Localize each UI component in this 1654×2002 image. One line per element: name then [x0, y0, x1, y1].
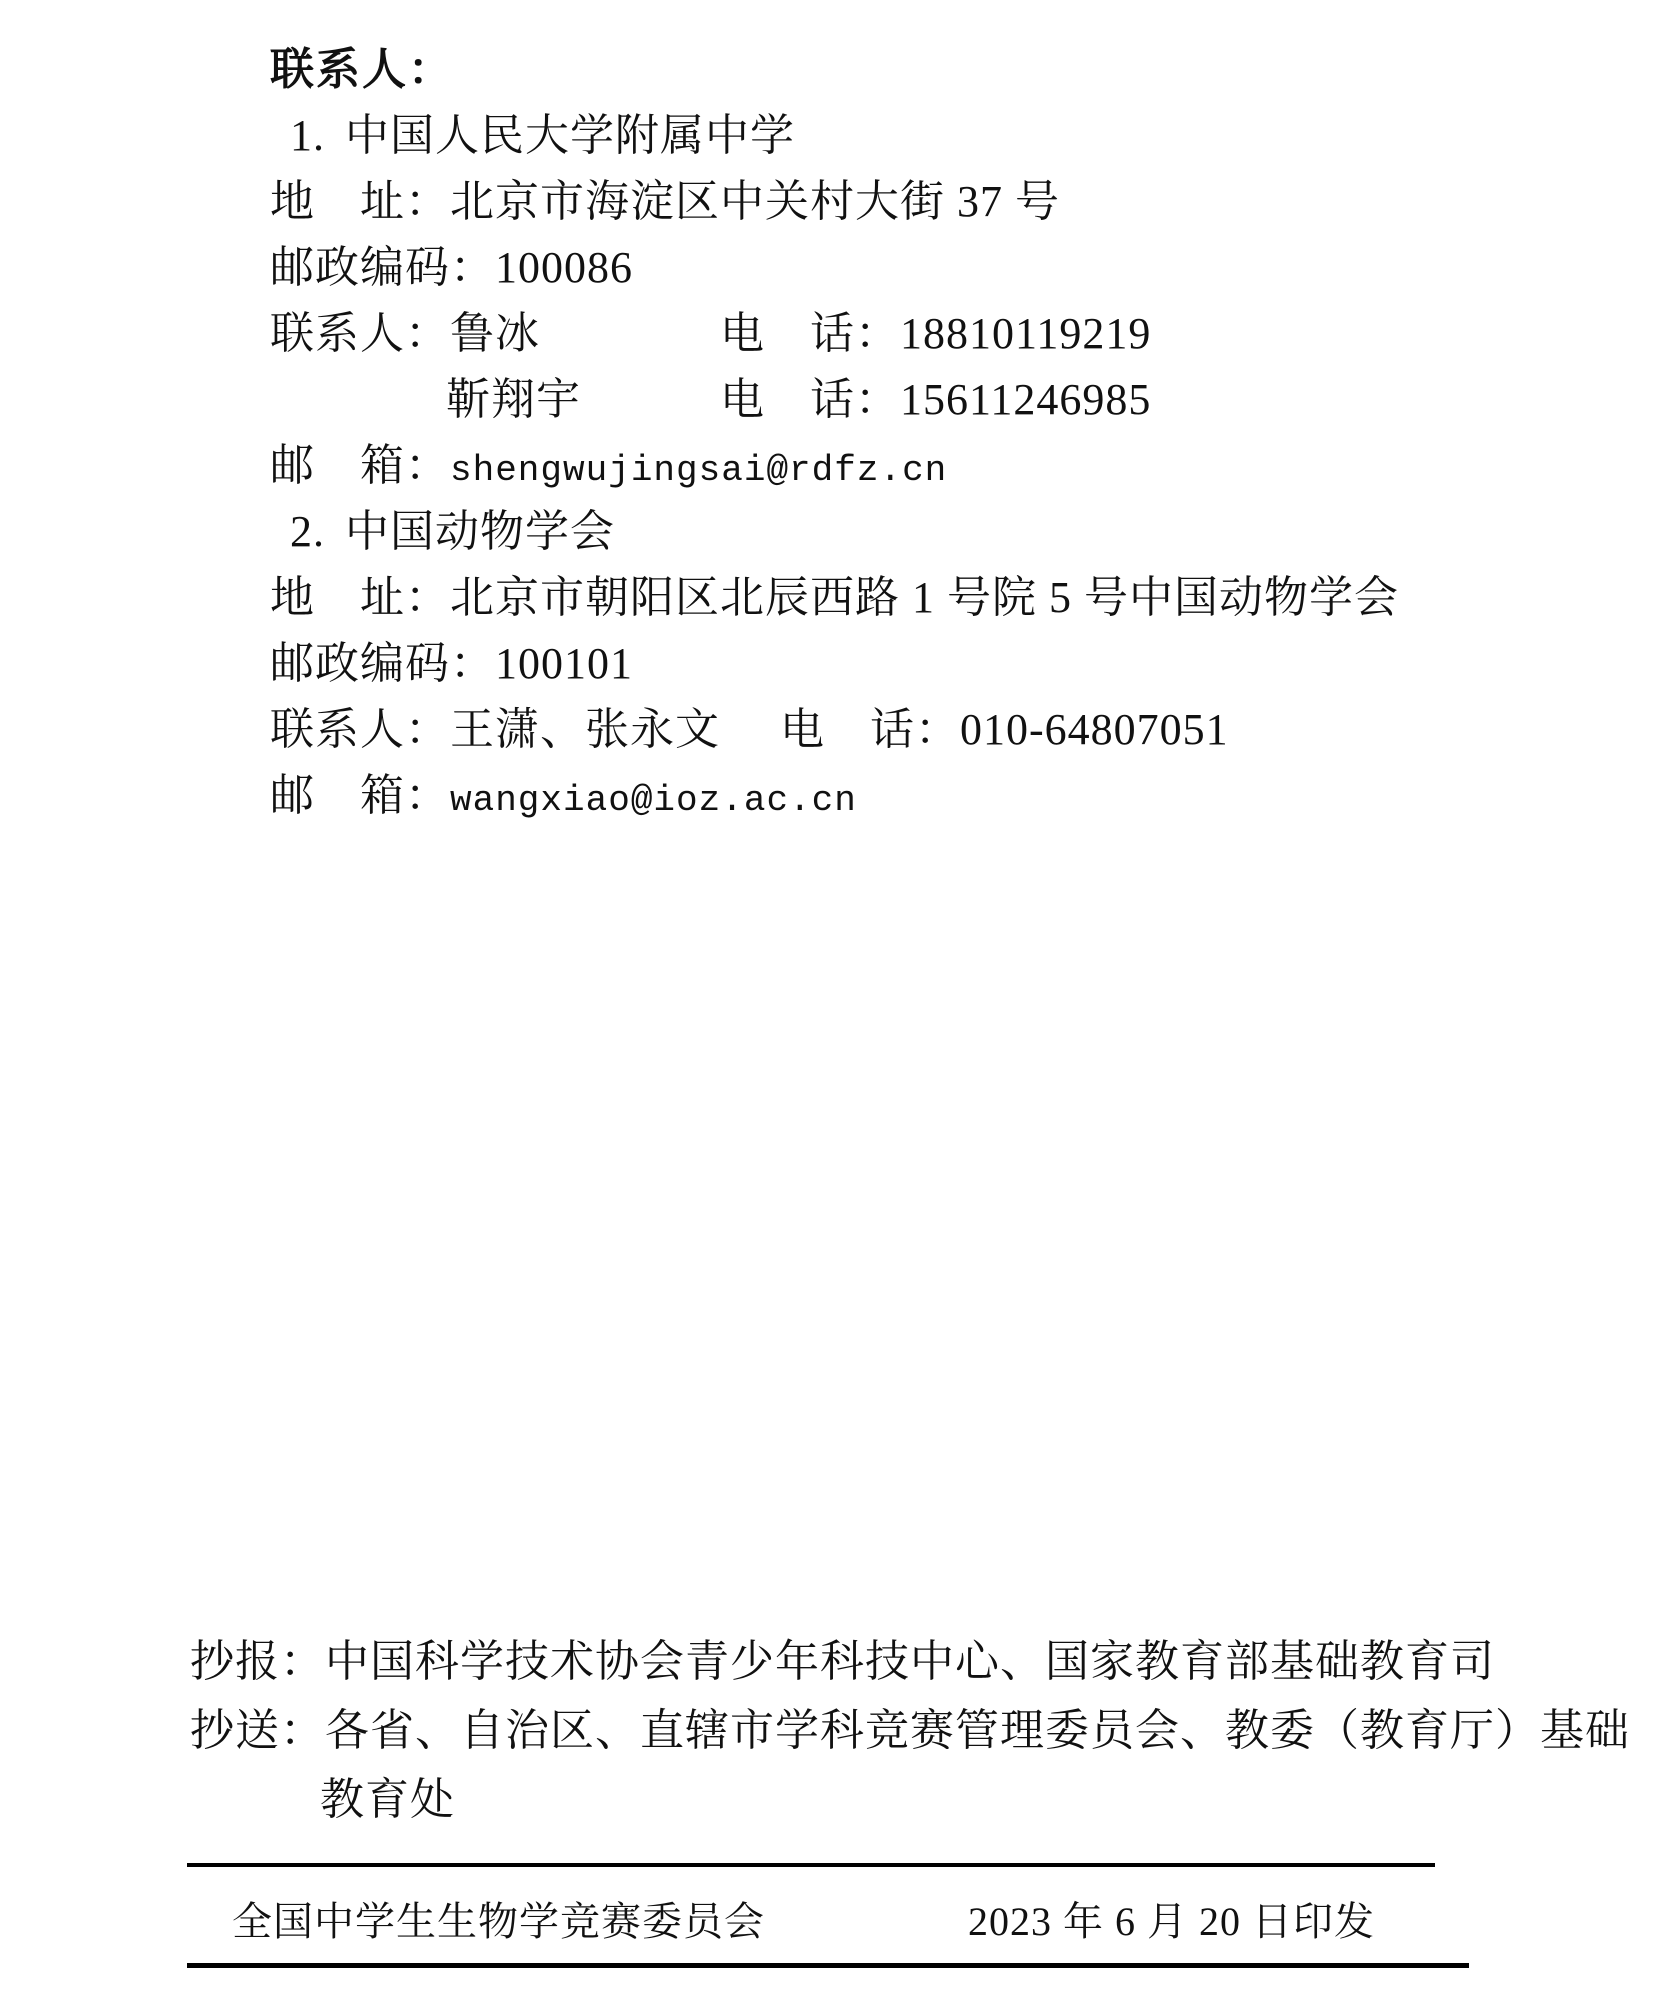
- cc-send-text-line1: 各省、自治区、直辖市学科竞赛管理委员会、教委（教育厅）基础: [325, 1706, 1630, 1755]
- phone-cell: 电 话：18810119219: [720, 301, 1151, 367]
- section-2-org-name: 中国动物学会: [345, 507, 615, 556]
- address-value: 北京市朝阳区北辰西路 1 号院 5 号中国动物学会: [450, 573, 1399, 622]
- issue-date: 2023 年 6 月 20 日印发: [968, 1889, 1375, 1955]
- postcode-value: 100101: [495, 639, 633, 688]
- section-2-contact-row-1: 联系人：王潇、张永文 电 话：010-64807051: [270, 697, 720, 763]
- email-label: 邮 箱：: [270, 771, 450, 820]
- section-1-org-name: 中国人民大学附属中学: [345, 111, 795, 160]
- address-label: 地 址：: [270, 177, 450, 226]
- phone-value: 15611246985: [900, 375, 1151, 424]
- section-1-number: 1.: [290, 103, 325, 169]
- section-1-title: 1.中国人民大学附属中学: [290, 103, 795, 169]
- cc-send-row: 抄送：各省、自治区、直辖市学科竞赛管理委员会、教委（教育厅）基础: [190, 1698, 1630, 1764]
- section-2-postcode-row: 邮政编码：100101: [270, 631, 633, 697]
- postcode-label: 邮政编码：: [270, 639, 495, 688]
- section-1-email-row: 邮 箱：shengwujingsai@rdfz.cn: [270, 433, 947, 504]
- section-2-address-row: 地 址：北京市朝阳区北辰西路 1 号院 5 号中国动物学会: [270, 565, 1399, 631]
- cc-report-text: 中国科学技术协会青少年科技中心、国家教育部基础教育司: [325, 1637, 1495, 1686]
- email-value: shengwujingsai@rdfz.cn: [450, 450, 947, 491]
- cc-report-label: 抄报：: [190, 1637, 325, 1686]
- postcode-label: 邮政编码：: [270, 243, 495, 292]
- postcode-value: 100086: [495, 243, 633, 292]
- document-page: 联系人： 1.中国人民大学附属中学 地 址：北京市海淀区中关村大街 37 号 邮…: [0, 0, 1654, 2002]
- phone-cell: 电 话：15611246985: [720, 367, 1151, 433]
- cc-send-row-continued: 教育处: [320, 1767, 455, 1833]
- cc-send-text-line2: 教育处: [320, 1775, 455, 1824]
- email-label: 邮 箱：: [270, 441, 450, 490]
- contacts-header-label: 联系人：: [270, 44, 454, 95]
- section-2-number: 2.: [290, 499, 325, 565]
- issuance-row: 全国中学生生物学竞赛委员会 2023 年 6 月 20 日印发: [232, 1889, 765, 1955]
- email-value: wangxiao@ioz.ac.cn: [450, 780, 857, 821]
- phone-value: 010-64807051: [960, 705, 1229, 754]
- section-1-address-row: 地 址：北京市海淀区中关村大街 37 号: [270, 169, 1060, 235]
- phone-label: 电 话：: [720, 375, 900, 424]
- contact-name: 鲁冰: [450, 309, 540, 358]
- cc-send-label: 抄送：: [190, 1706, 325, 1755]
- contacts-header: 联系人：: [270, 37, 454, 103]
- contact-name: 靳翔宇: [446, 375, 581, 424]
- section-1-contact-row-1: 联系人：鲁冰 电 话：18810119219: [270, 301, 540, 367]
- phone-label: 电 话：: [720, 309, 900, 358]
- contact-label: 联系人：: [270, 309, 450, 358]
- issuer-name: 全国中学生生物学竞赛委员会: [232, 1899, 765, 1944]
- footer-top-rule: [187, 1863, 1435, 1867]
- cc-report-row: 抄报：中国科学技术协会青少年科技中心、国家教育部基础教育司: [190, 1629, 1495, 1695]
- phone-label: 电 话：: [780, 705, 960, 754]
- section-2-title: 2.中国动物学会: [290, 499, 615, 565]
- phone-cell: 电 话：010-64807051: [780, 697, 1229, 763]
- contact-name: 王潇、张永文: [450, 705, 720, 754]
- address-label: 地 址：: [270, 573, 450, 622]
- section-1-contact-row-2: 靳翔宇 电 话：15611246985: [446, 367, 581, 433]
- section-2-email-row: 邮 箱：wangxiao@ioz.ac.cn: [270, 763, 857, 834]
- footer-bottom-rule: [187, 1963, 1469, 1968]
- address-value: 北京市海淀区中关村大街 37 号: [450, 177, 1060, 226]
- contact-label: 联系人：: [270, 705, 450, 754]
- section-1-postcode-row: 邮政编码：100086: [270, 235, 633, 301]
- phone-value: 18810119219: [900, 309, 1151, 358]
